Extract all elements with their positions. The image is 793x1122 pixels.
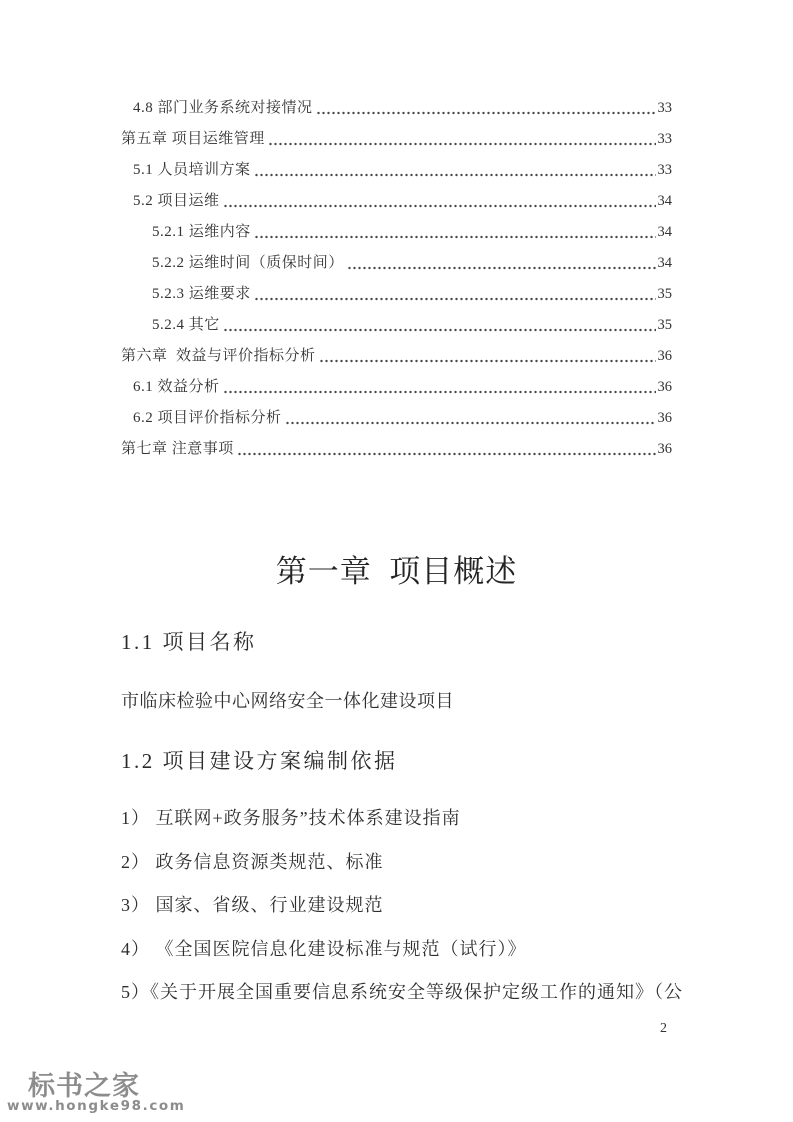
toc-page-number: 34 xyxy=(658,186,673,217)
table-of-contents: 4.8 部门业务系统对接情况33第五章 项目运维管理335.1 人员培训方案33… xyxy=(121,93,672,465)
toc-entry: 5.2.2 运维时间（质保时间）34 xyxy=(121,248,672,279)
page-number: 2 xyxy=(660,1021,667,1037)
toc-entry-label: 4.8 部门业务系统对接情况 xyxy=(133,93,313,124)
toc-leader-dots xyxy=(254,155,656,186)
toc-entry: 5.2.3 运维要求35 xyxy=(121,279,672,310)
toc-entry-label: 6.2 项目评价指标分析 xyxy=(133,403,282,434)
reference-item: 3） 国家、省级、行业建设规范 xyxy=(121,884,686,928)
section-heading-1-2: 1.2 项目建设方案编制依据 xyxy=(121,745,398,775)
toc-page-number: 35 xyxy=(658,310,673,341)
toc-entry: 5.1 人员培训方案33 xyxy=(121,155,672,186)
watermark: 标书之家 www.hongke98.com xyxy=(0,1060,250,1122)
toc-entry-label: 5.2 项目运维 xyxy=(133,186,220,217)
toc-entry: 第六章 效益与评价指标分析36 xyxy=(121,341,672,372)
reference-item: 5）《关于开展全国重要信息系统安全等级保护定级工作的通知》（公 xyxy=(121,971,686,1015)
toc-page-number: 35 xyxy=(658,279,673,310)
toc-page-number: 36 xyxy=(658,403,673,434)
reference-list: 1） 互联网+政务服务”技术体系建设指南2） 政务信息资源类规范、标准3） 国家… xyxy=(121,797,686,1015)
section-heading-1-1: 1.1 项目名称 xyxy=(121,626,257,656)
project-name-paragraph: 市临床检验中心网络安全一体化建设项目 xyxy=(121,687,454,713)
toc-page-number: 36 xyxy=(658,434,673,465)
toc-entry: 5.2.4 其它35 xyxy=(121,310,672,341)
toc-entry: 6.2 项目评价指标分析36 xyxy=(121,403,672,434)
toc-page-number: 33 xyxy=(658,155,673,186)
toc-leader-dots xyxy=(347,248,656,279)
toc-leader-dots xyxy=(254,279,656,310)
toc-entry: 4.8 部门业务系统对接情况33 xyxy=(121,93,672,124)
toc-page-number: 33 xyxy=(658,124,673,155)
toc-leader-dots xyxy=(268,124,656,155)
reference-item: 1） 互联网+政务服务”技术体系建设指南 xyxy=(121,797,686,841)
chapter-title: 第一章 项目概述 xyxy=(121,546,672,591)
toc-leader-dots xyxy=(285,403,656,434)
watermark-site-url: www.hongke98.com xyxy=(7,1098,185,1114)
toc-page-number: 36 xyxy=(658,372,673,403)
toc-entry-label: 5.1 人员培训方案 xyxy=(133,155,251,186)
toc-entry: 5.2 项目运维34 xyxy=(121,186,672,217)
toc-leader-dots xyxy=(223,186,656,217)
toc-entry: 5.2.1 运维内容34 xyxy=(121,217,672,248)
document-page: 4.8 部门业务系统对接情况33第五章 项目运维管理335.1 人员培训方案33… xyxy=(0,0,793,1122)
toc-leader-dots xyxy=(223,372,656,403)
toc-page-number: 34 xyxy=(658,217,673,248)
toc-page-number: 36 xyxy=(658,341,673,372)
toc-leader-dots xyxy=(254,217,656,248)
toc-leader-dots xyxy=(319,341,656,372)
toc-leader-dots xyxy=(316,93,656,124)
toc-entry-label: 6.1 效益分析 xyxy=(133,372,220,403)
toc-leader-dots xyxy=(223,310,656,341)
reference-item: 2） 政务信息资源类规范、标准 xyxy=(121,841,686,885)
toc-entry: 第五章 项目运维管理33 xyxy=(121,124,672,155)
toc-entry: 第七章 注意事项36 xyxy=(121,434,672,465)
toc-page-number: 33 xyxy=(658,93,673,124)
toc-page-number: 34 xyxy=(658,248,673,279)
toc-entry-label: 5.2.1 运维内容 xyxy=(152,217,251,248)
toc-entry-label: 5.2.4 其它 xyxy=(152,310,220,341)
toc-entry-label: 第七章 注意事项 xyxy=(121,434,234,465)
toc-leader-dots xyxy=(237,434,656,465)
toc-entry-label: 第五章 项目运维管理 xyxy=(121,124,265,155)
toc-entry-label: 5.2.2 运维时间（质保时间） xyxy=(152,248,344,279)
toc-entry: 6.1 效益分析36 xyxy=(121,372,672,403)
reference-item: 4） 《全国医院信息化建设标准与规范（试行）》 xyxy=(121,928,686,972)
toc-entry-label: 第六章 效益与评价指标分析 xyxy=(121,341,316,372)
toc-entry-label: 5.2.3 运维要求 xyxy=(152,279,251,310)
